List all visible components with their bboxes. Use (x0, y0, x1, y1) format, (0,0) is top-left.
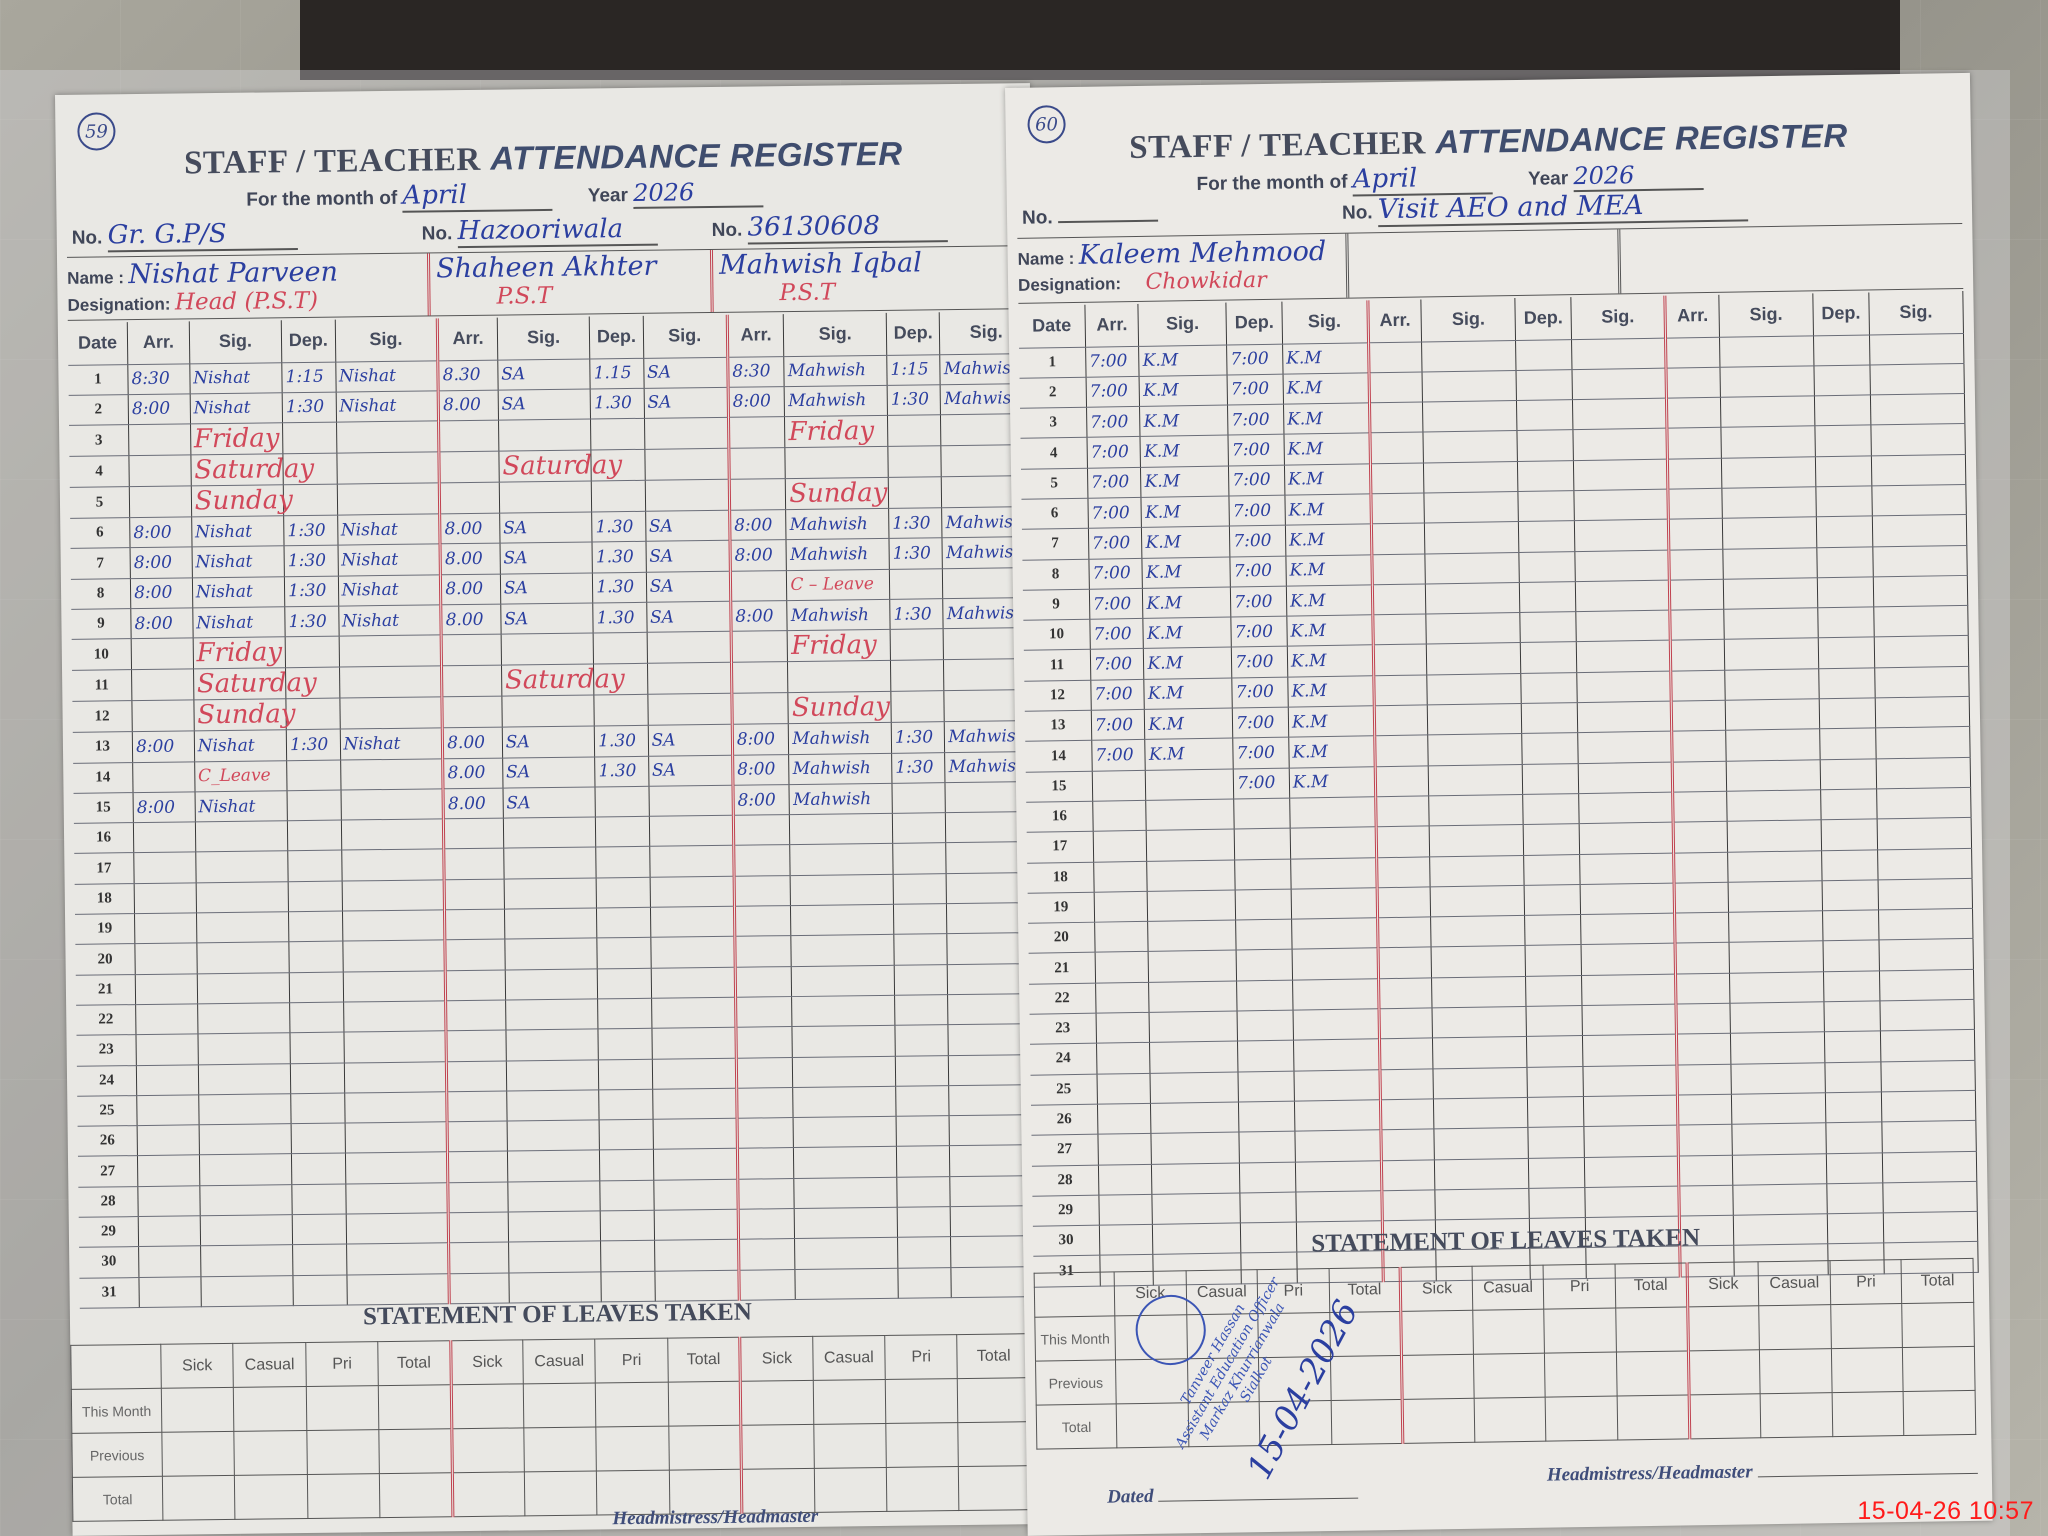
entry-cell (507, 1150, 600, 1181)
entry-cell (1724, 669, 1819, 701)
entry-cell: 1.30 (593, 602, 647, 633)
handwritten-entry: 7:00 (1091, 472, 1129, 493)
entry-cell (729, 479, 786, 511)
entry-cell (737, 1118, 794, 1149)
entry-cell: 8.30 (438, 360, 498, 391)
school-no-field: No. (1022, 206, 1158, 230)
entry-cell: SA (502, 726, 595, 757)
entry-cell: 8:00 (730, 540, 787, 571)
entry-cell: 7:00 (1227, 374, 1283, 405)
entry-cell (1731, 1093, 1826, 1125)
entry-cell (288, 851, 342, 882)
handwritten-entry: Mahwish (788, 391, 866, 412)
entry-cell: 1:30 (285, 576, 339, 607)
date-cell: 25 (1031, 1074, 1098, 1105)
entry-cell: 7:00 (1089, 558, 1143, 589)
entry-cell (1295, 1130, 1381, 1162)
entry-cell: SA (501, 603, 594, 634)
entry-cell (1581, 944, 1676, 976)
handwritten-entry: K.M (1288, 469, 1324, 490)
entry-cell: Friday (193, 637, 286, 669)
entry-cell: Nishat (190, 393, 283, 424)
entry-cell (131, 638, 193, 670)
entry-cell (1240, 1192, 1296, 1223)
handwritten-entry: 8.00 (445, 549, 483, 569)
entry-cell (138, 1186, 200, 1217)
entry-cell (1875, 727, 1970, 759)
handwritten-entry: 1:30 (286, 397, 324, 417)
month-field: April (402, 179, 552, 213)
handwritten-entry: 1.30 (596, 547, 634, 567)
entry-cell (1870, 363, 1965, 395)
handwritten-entry: K.M (1286, 378, 1322, 399)
handwritten-entry: K.M (1291, 651, 1327, 672)
handwritten-entry: K.M (1288, 500, 1324, 521)
entry-cell (1373, 675, 1427, 706)
handwritten-entry: SA (503, 518, 527, 538)
handwritten-entry: 7:00 (1232, 470, 1270, 491)
entry-cell (1727, 820, 1822, 852)
entry-cell (897, 1176, 951, 1207)
date-cell: 9 (71, 609, 131, 640)
handwritten-entry: 8:00 (734, 545, 772, 565)
entry-cell (1729, 941, 1824, 973)
entry-cell (200, 1184, 293, 1215)
entry-cell (288, 881, 342, 912)
entry-cell (1874, 636, 1969, 668)
entry-cell (734, 875, 791, 906)
entry-cell (448, 1212, 508, 1243)
col-arrival: Arr. (727, 314, 784, 357)
handwritten-entry: K.M (1290, 591, 1326, 612)
entry-cell (1293, 1039, 1379, 1071)
day-off-note: Friday (788, 416, 874, 447)
entry-cell (655, 1270, 740, 1301)
date-cell: 12 (72, 701, 132, 733)
entry-cell (790, 844, 893, 876)
entry-cell (1096, 1043, 1150, 1074)
date-cell: 7 (1022, 529, 1089, 560)
visit-no-field: No. Visit AEO and MEA (1342, 188, 1748, 227)
entry-cell (1872, 545, 1967, 577)
entry-cell (1877, 818, 1972, 850)
entry-cell (1377, 887, 1431, 918)
entry-cell (449, 1273, 509, 1304)
entry-cell (134, 883, 196, 914)
date-cell: 31 (79, 1277, 139, 1308)
date-cell: 20 (1028, 922, 1095, 953)
entry-cell (290, 1002, 344, 1033)
entry-cell: 8.00 (443, 758, 503, 789)
handwritten-entry: 7:00 (1092, 563, 1130, 584)
entry-cell: K.M (1141, 496, 1229, 528)
date-cell: 26 (1031, 1104, 1098, 1135)
entry-cell: Mahwish (784, 355, 887, 387)
entry-cell: 8:00 (130, 578, 192, 609)
handwritten-entry: SA (501, 364, 525, 384)
entry-cell (1376, 826, 1430, 857)
entry-cell (1573, 429, 1668, 461)
entry-cell: Mahwish (789, 723, 892, 755)
entry-cell (593, 633, 647, 665)
school-no-field: No. Gr. G.P/S (72, 218, 298, 253)
entry-cell: 7:00 (1227, 344, 1283, 375)
entry-cell: K.M (1140, 435, 1228, 467)
entry-cell (292, 1214, 346, 1245)
entry-cell: K.M (1142, 526, 1230, 558)
date-cell: 23 (1030, 1013, 1097, 1044)
entry-cell (1517, 400, 1573, 431)
staff-1-header: Name : Kaleem Mehmood Designation: Chowk… (1017, 236, 1348, 297)
entry-cell (1369, 402, 1423, 433)
entry-cell: 1.30 (595, 756, 649, 787)
date-cell: 24 (77, 1065, 137, 1096)
handwritten-entry: 7:00 (1095, 715, 1133, 736)
handwritten-entry: 1.15 (594, 363, 632, 383)
entry-cell (737, 1087, 794, 1118)
staff-3-header (1617, 225, 1918, 294)
entry-cell (1525, 915, 1581, 946)
entry-cell: Saturday (191, 454, 284, 486)
handwritten-entry: 1:30 (892, 513, 930, 533)
entry-cell (1725, 699, 1820, 731)
col-departure: Dep. (1226, 302, 1282, 345)
entry-cell (1585, 1186, 1680, 1218)
col-departure: Dep. (589, 316, 643, 359)
attendance-grid: Date Arr. Sig. Dep. Sig. Arr. Sig. Dep. … (1018, 291, 1978, 1287)
entry-cell (340, 758, 443, 790)
entry-cell (1881, 1090, 1976, 1122)
entry-cell (1434, 1128, 1529, 1160)
date-cell: 22 (76, 1005, 136, 1036)
handwritten-entry: 8:00 (737, 729, 775, 749)
date-cell: 28 (78, 1186, 138, 1217)
handwritten-entry: Mahwish (790, 514, 868, 535)
entry-cell: 7:00 (1087, 467, 1141, 498)
entry-cell (343, 970, 446, 1002)
entry-cell (344, 1092, 447, 1124)
handwritten-entry: K.M (1148, 714, 1184, 735)
entry-cell: K.M (1144, 678, 1232, 710)
entry-cell (1521, 672, 1577, 703)
entry-cell (1234, 798, 1290, 829)
entry-cell: K.M (1139, 375, 1227, 407)
entry-cell (1824, 1031, 1880, 1062)
entry-cell (1819, 668, 1875, 699)
entry-cell (346, 1243, 449, 1275)
date-cell: 15 (1026, 771, 1093, 802)
entry-cell (791, 904, 894, 936)
entry-cell: Saturday (501, 664, 594, 696)
date-cell: 16 (74, 823, 134, 854)
entry-cell (1667, 397, 1721, 428)
entry-cell (1577, 671, 1672, 703)
entry-cell (1819, 698, 1875, 729)
entry-cell (342, 880, 445, 912)
entry-cell (444, 849, 504, 880)
entry-cell: Nishat (338, 575, 441, 607)
entry-cell: 7:00 (1085, 346, 1139, 377)
entry-cell (1428, 734, 1523, 766)
entry-cell (895, 1025, 949, 1056)
entry-cell (1374, 735, 1428, 766)
entry-cell (445, 970, 505, 1001)
entry-cell (1670, 579, 1724, 610)
entry-cell (504, 878, 597, 909)
entry-cell (508, 1241, 601, 1272)
entry-cell (1430, 855, 1525, 887)
handwritten-entry: Nishat (193, 398, 250, 419)
entry-cell (1296, 1191, 1382, 1223)
entry-cell: K.M (1288, 706, 1374, 738)
entry-cell (498, 419, 591, 451)
entry-cell (1295, 1160, 1381, 1192)
handwritten-entry: Mahwish (793, 789, 871, 810)
entry-cell (1670, 640, 1724, 671)
entry-cell: 1:30 (889, 508, 943, 539)
date-cell: 11 (72, 670, 132, 702)
entry-cell (785, 446, 888, 478)
entry-cell (1821, 819, 1877, 850)
entry-cell (1870, 394, 1965, 426)
entry-cell (442, 665, 502, 697)
handwritten-entry: SA (506, 762, 530, 782)
col-arrival: Arr. (1085, 304, 1139, 347)
entry-cell (1578, 731, 1673, 763)
handwritten-entry: 8.00 (445, 579, 483, 599)
entry-cell (1673, 791, 1727, 822)
entry-cell: Mahwish (786, 508, 889, 540)
entry-cell: 1:30 (284, 515, 338, 546)
entry-cell (1529, 1157, 1585, 1188)
col-departure: Dep. (281, 320, 335, 363)
entry-cell (508, 1181, 601, 1212)
handwritten-entry: SA (650, 577, 674, 597)
entry-cell (129, 486, 191, 518)
entry-cell (1096, 1012, 1150, 1043)
entry-cell (501, 633, 594, 665)
handwritten-entry: 7:00 (1089, 351, 1127, 372)
entry-cell (1149, 950, 1237, 982)
entry-cell: Mahwish (789, 753, 892, 785)
col-arrival: Arr. (127, 321, 189, 364)
entry-cell (1731, 1062, 1826, 1094)
entry-cell (134, 852, 196, 883)
handwritten-entry: C_Leave (198, 766, 271, 787)
entry-cell: 8:30 (728, 356, 785, 387)
entry-cell (1668, 458, 1722, 489)
entry-cell (1093, 800, 1147, 831)
entry-cell: 8:00 (732, 754, 789, 785)
entry-cell (1148, 920, 1236, 952)
entry-cell: Sunday (194, 699, 287, 731)
col-date: Date (68, 322, 128, 365)
handwritten-entry: 8:00 (137, 797, 175, 817)
entry-cell: 7:00 (1086, 376, 1140, 407)
entry-cell (136, 1004, 198, 1035)
entry-cell (1822, 880, 1878, 911)
entry-cell (1292, 948, 1378, 980)
handwritten-entry: K.M (1292, 742, 1328, 763)
entry-cell: K.M (1139, 345, 1227, 377)
entry-cell (1674, 852, 1728, 883)
entry-cell (898, 1267, 952, 1298)
entry-cell (1431, 946, 1526, 978)
date-cell: 6 (70, 518, 130, 549)
entry-cell (1291, 857, 1377, 889)
entry-cell (895, 995, 949, 1026)
entry-cell (1371, 554, 1425, 585)
entry-cell (505, 969, 598, 1000)
entry-cell (201, 1275, 294, 1306)
entry-cell (1823, 971, 1879, 1002)
entry-cell: 7:00 (1228, 435, 1284, 466)
entry-cell (1371, 523, 1425, 554)
entry-cell: 8.00 (442, 727, 502, 758)
handwritten-entry: SA (652, 761, 676, 781)
handwritten-entry: SA (503, 548, 527, 568)
col-arrival: Arr. (1367, 299, 1421, 342)
col-signature: Sig. (189, 320, 282, 363)
entry-cell (1519, 551, 1575, 582)
col-signature: Sig. (1282, 300, 1368, 343)
handwritten-entry: 7:00 (1094, 684, 1132, 705)
handwritten-entry: Nishat (195, 521, 252, 542)
entry-cell (1583, 1095, 1678, 1127)
entry-cell (601, 1241, 655, 1272)
entry-cell (1426, 613, 1521, 645)
handwritten-entry: Nishat (339, 396, 396, 417)
entry-cell (889, 568, 943, 599)
day-off-note: Saturday (197, 668, 317, 699)
entry-cell (1733, 1184, 1828, 1216)
handwritten-entry: 7:00 (1237, 743, 1275, 764)
attendance-grid: Date Arr. Sig. Dep. Sig. Arr. Sig. Dep. … (68, 311, 1045, 1309)
entry-cell: 1:30 (282, 392, 336, 423)
date-cell: 27 (1031, 1134, 1098, 1165)
entry-cell (341, 849, 444, 881)
entry-cell (1820, 759, 1876, 790)
entry-cell (591, 418, 645, 450)
entry-cell (1291, 888, 1377, 920)
entry-cell (1574, 519, 1669, 551)
entry-cell (287, 790, 341, 821)
entry-cell: 7:00 (1233, 768, 1289, 799)
entry-cell: 1:30 (887, 384, 941, 415)
entry-cell (1426, 643, 1521, 675)
entry-cell (1520, 612, 1576, 643)
entry-cell: SA (646, 601, 731, 632)
entry-cell (1818, 637, 1874, 668)
staff-2-header: Shaheen Akhter P.S.T (427, 250, 708, 315)
handwritten-entry: 1.30 (595, 517, 633, 537)
handwritten-entry: 8:00 (735, 606, 773, 626)
entry-cell: 7:00 (1088, 497, 1142, 528)
date-cell: 5 (1021, 468, 1088, 499)
entry-cell (288, 820, 342, 851)
entry-cell (1520, 581, 1576, 612)
entry-cell (1876, 787, 1971, 819)
entry-cell: 8.00 (438, 390, 498, 421)
entry-cell (1825, 1092, 1881, 1123)
entry-cell (596, 877, 650, 908)
entry-cell (1728, 911, 1823, 943)
entry-cell (894, 934, 948, 965)
entry-cell: Sunday (786, 477, 889, 509)
handwritten-entry: 8:00 (132, 399, 170, 419)
entry-cell (1433, 1067, 1528, 1099)
date-cell: 18 (75, 883, 135, 914)
entry-cell (795, 1207, 898, 1239)
entry-cell (1722, 487, 1817, 519)
entry-cell: 7:00 (1091, 679, 1145, 710)
entry-cell: Mahwish (784, 385, 887, 417)
entry-cell (1878, 878, 1973, 910)
date-cell: 21 (76, 974, 136, 1005)
entry-cell (1423, 431, 1518, 463)
handwritten-entry: 1.30 (598, 761, 636, 781)
entry-cell (1815, 425, 1871, 456)
entry-cell: Mahwish (787, 599, 890, 631)
entry-cell (601, 1271, 655, 1302)
entry-cell (293, 1244, 347, 1275)
handwritten-entry: SA (504, 579, 528, 599)
entry-cell (793, 1086, 896, 1118)
entry-cell: 8:00 (133, 792, 195, 823)
entry-cell (505, 999, 598, 1030)
day-off-note: Sunday (194, 485, 292, 516)
entry-cell: 8:00 (131, 608, 193, 639)
handwritten-entry: 8:00 (133, 522, 171, 542)
entry-cell (650, 937, 735, 968)
entry-cell (1149, 981, 1237, 1013)
entry-cell (599, 1059, 653, 1090)
handwritten-entry: K.M (1144, 411, 1180, 432)
entry-cell (729, 448, 786, 480)
entry-cell (1521, 642, 1577, 673)
entry-cell: SA (500, 573, 593, 604)
handwritten-entry: K.M (1145, 502, 1181, 523)
entry-cell: SA (644, 387, 729, 418)
entry-cell (1094, 861, 1148, 892)
entry-cell (1234, 828, 1290, 859)
entry-cell (1578, 762, 1673, 794)
entry-cell: 7:00 (1230, 525, 1286, 556)
entry-cell: 7:00 (1229, 495, 1285, 526)
handwritten-entry: SA (647, 363, 671, 383)
handwritten-entry: 7:00 (1231, 379, 1269, 400)
entry-cell: 8.00 (440, 543, 500, 574)
entry-cell (1584, 1156, 1679, 1188)
entry-cell (139, 1276, 201, 1307)
entry-cell: Nishat (195, 791, 288, 822)
entry-cell (597, 907, 651, 938)
entry-cell (1378, 947, 1432, 978)
entry-cell (198, 1063, 291, 1094)
handwritten-entry: 7:00 (1233, 531, 1271, 552)
entry-cell (1379, 1038, 1433, 1069)
entry-cell (1370, 432, 1424, 463)
entry-cell (1148, 890, 1236, 922)
entry-cell: K.M (1285, 494, 1371, 526)
entry-cell (1370, 493, 1424, 524)
entry-cell: K.M (1142, 557, 1230, 589)
handwritten-entry: 8:00 (737, 759, 775, 779)
entry-cell: 7:00 (1232, 707, 1288, 738)
handwritten-entry: Nishat (196, 612, 253, 633)
entry-cell (503, 817, 596, 848)
date-cell: 14 (1025, 741, 1092, 772)
